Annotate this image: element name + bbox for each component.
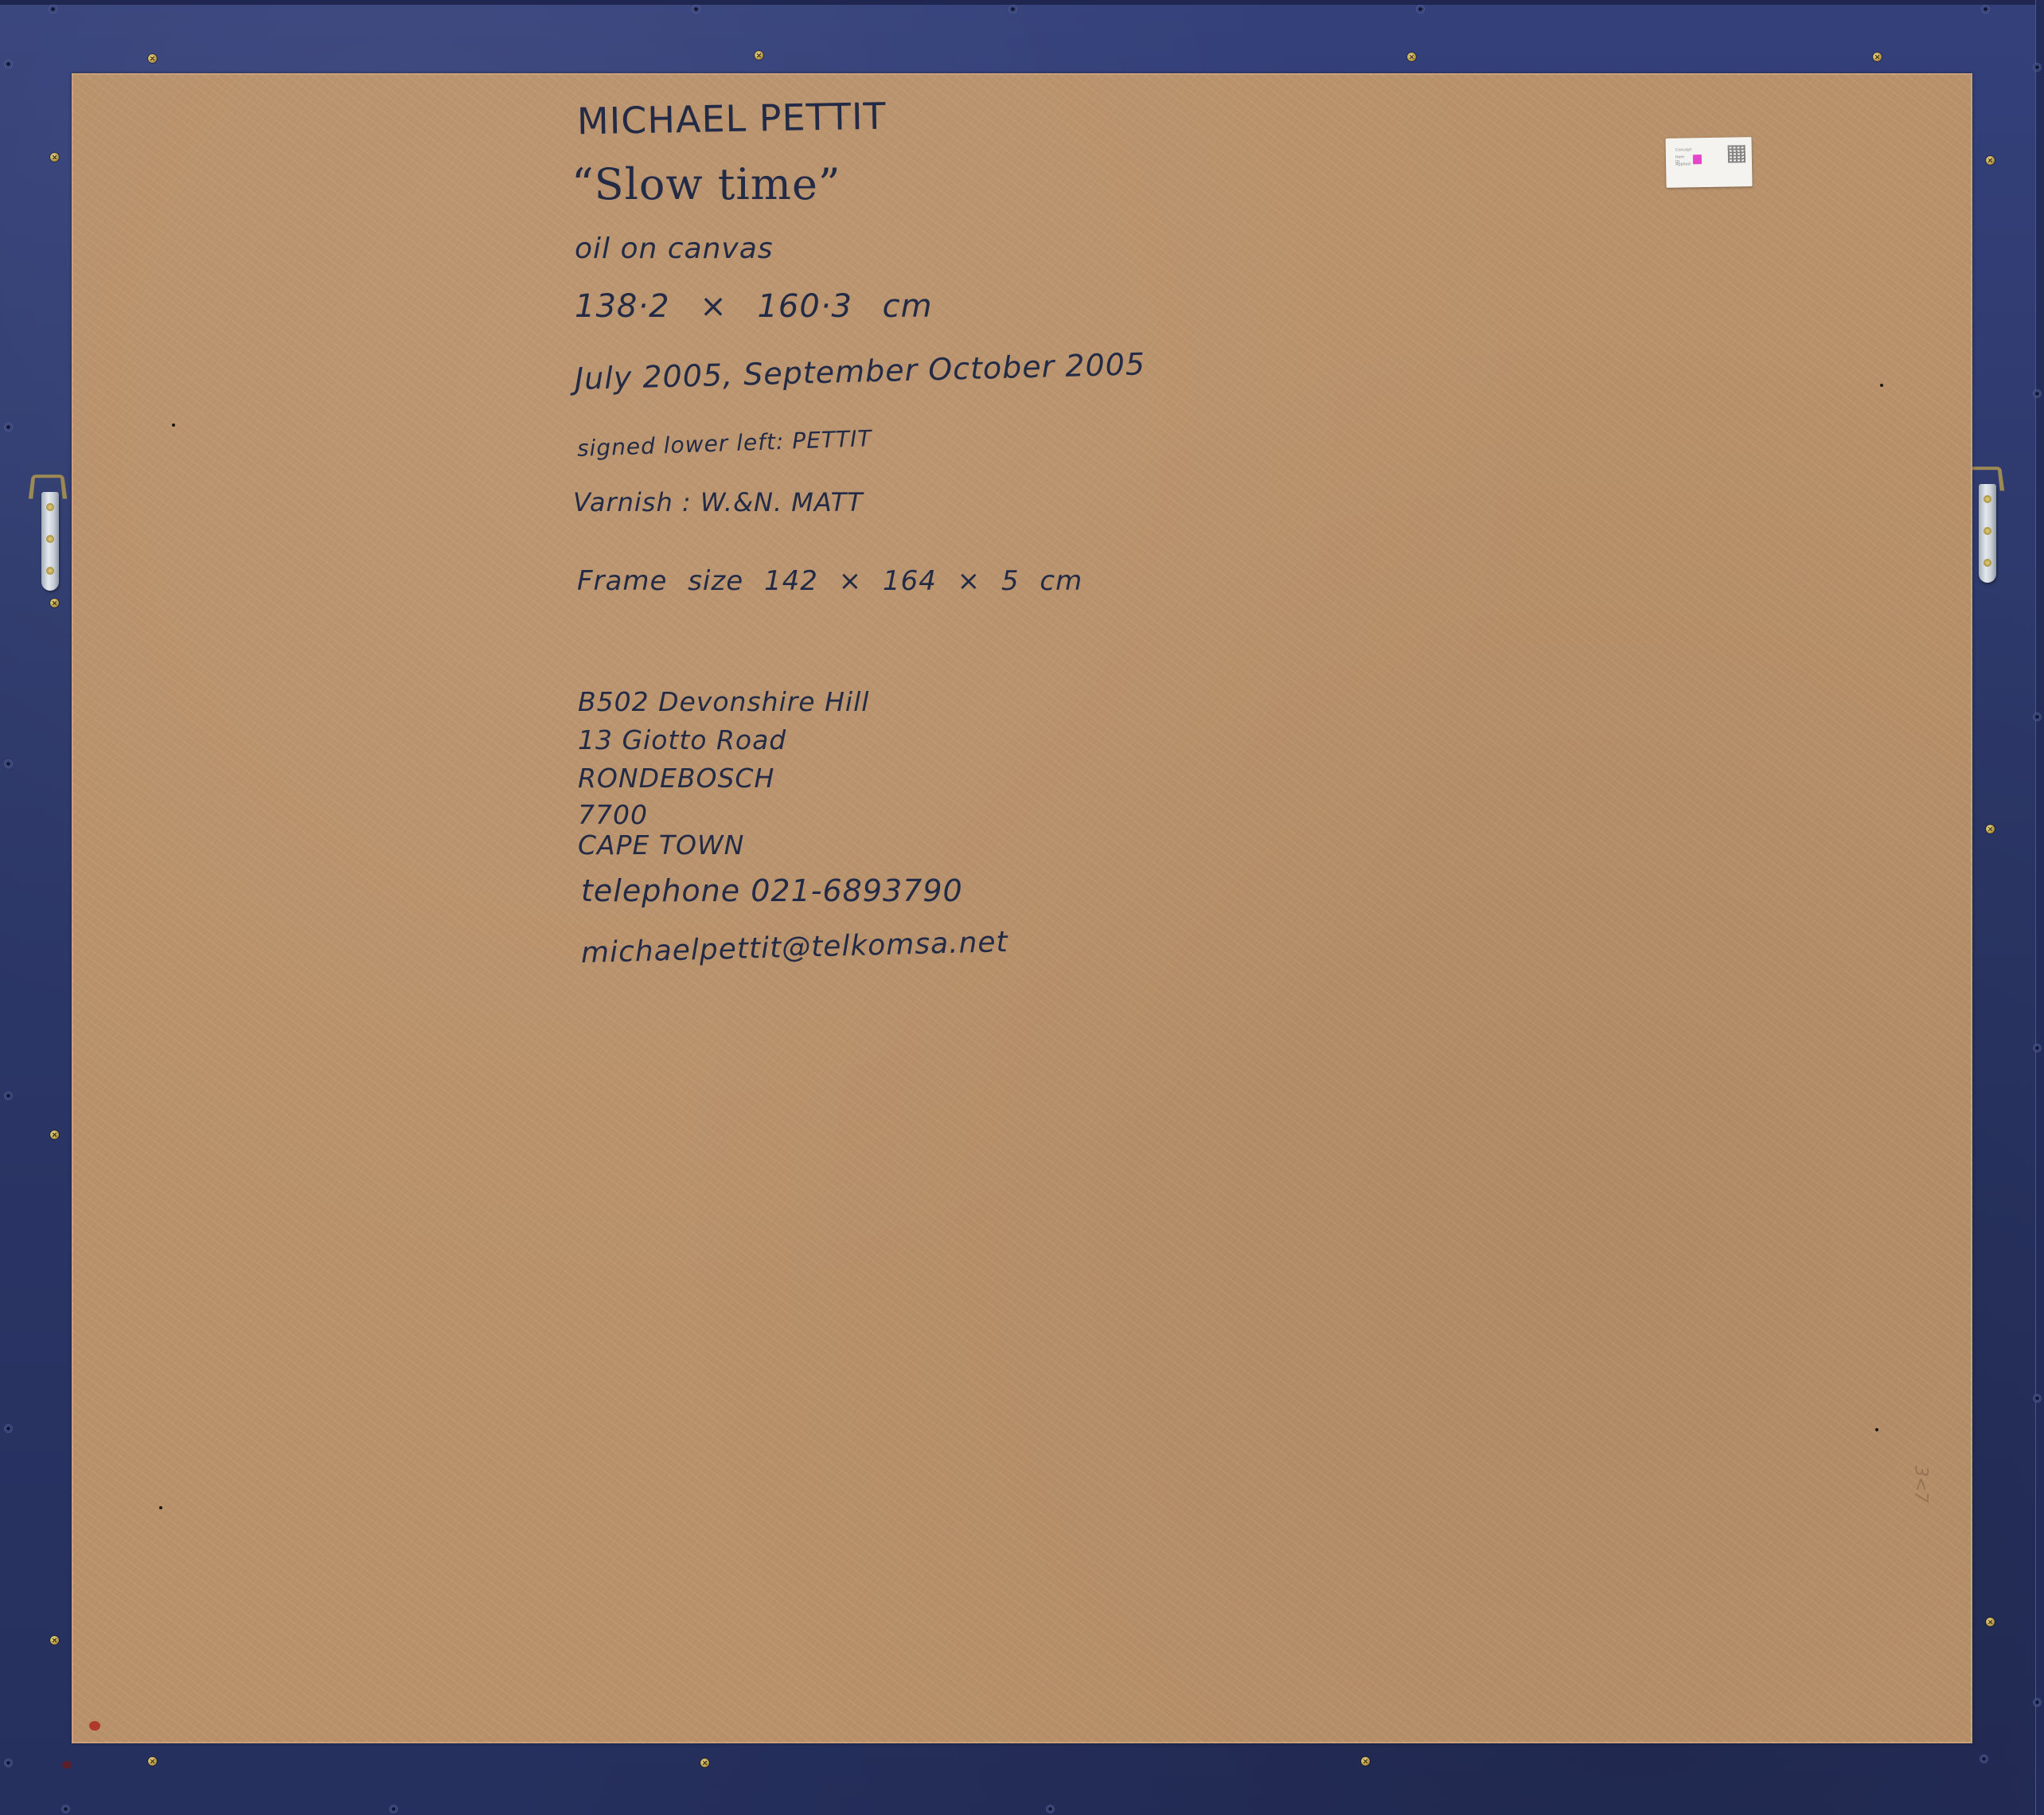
signature-note: signed lower left: PETTIT — [576, 425, 872, 462]
label-highlight: ID — [1693, 154, 1703, 164]
backing-board: MICHAEL PETTIT “Slow time” oil on canvas… — [72, 73, 1972, 1743]
rivet-icon — [5, 60, 12, 68]
rivet-icon — [2034, 390, 2041, 397]
rivet-icon — [2034, 1699, 2041, 1706]
artwork-dates: July 2005, September October 2005 — [574, 346, 1145, 396]
rivet-icon — [5, 1425, 12, 1432]
hanger-strap — [41, 492, 59, 591]
telephone: telephone 021-6893790 — [581, 873, 963, 908]
rivet-icon — [692, 6, 700, 13]
artwork-dimensions: 138·2 × 160·3 cm — [575, 288, 933, 325]
screw-icon — [700, 1758, 709, 1767]
address-line: 13 Giotto Road — [578, 724, 786, 755]
address-line: B502 Devonshire Hill — [578, 686, 869, 717]
frame-edge-right — [2035, 0, 2044, 1815]
rivet-icon — [2034, 1044, 2041, 1052]
screw-icon — [1361, 1757, 1370, 1766]
nail-hole — [159, 1506, 162, 1509]
screw-icon — [1986, 1618, 1995, 1626]
email-address: michaelpettit@telkomsa.net — [580, 926, 1008, 970]
rivet-icon — [5, 1092, 12, 1099]
nail-hole — [1880, 384, 1883, 387]
frame-edge-top — [0, 0, 2044, 5]
screw-icon — [1873, 53, 1882, 61]
address-line: RONDEBOSCH — [578, 763, 774, 794]
artist-name: MICHAEL PETTIT — [577, 95, 887, 143]
left-d-ring-hanger — [30, 473, 68, 592]
hanger-strap — [1979, 484, 1996, 583]
rivet-icon — [1047, 1805, 1054, 1813]
screw-icon — [1986, 156, 1995, 165]
inventory-label: Concept Item IDID Applied — [1665, 137, 1752, 188]
rivet-icon — [1009, 6, 1016, 13]
qr-code-icon — [1728, 145, 1746, 162]
rivet-icon — [2034, 713, 2041, 720]
address-line: CAPE TOWN — [578, 829, 744, 861]
frame-size: Frame size 142 × 164 × 5 cm — [577, 565, 1082, 597]
artwork-medium: oil on canvas — [575, 232, 774, 265]
rivet-icon — [390, 1805, 397, 1813]
screw-icon — [148, 1757, 157, 1766]
varnish-note: Varnish : W.&N. MATT — [573, 487, 864, 517]
rivet-icon — [5, 1759, 12, 1766]
label-footer — [1666, 181, 1752, 183]
screw-icon — [148, 54, 157, 63]
screw-icon — [1407, 53, 1416, 61]
label-row: Concept — [1675, 147, 1693, 152]
artwork-title: “Slow time” — [571, 159, 841, 209]
board-stain — [89, 1721, 100, 1731]
screw-icon — [50, 153, 59, 162]
nail-hole — [1875, 1428, 1878, 1431]
rivet-icon — [49, 6, 57, 13]
rivet-icon — [62, 1805, 69, 1813]
rivet-icon — [1982, 6, 1989, 13]
screw-icon — [50, 1130, 59, 1139]
screw-icon — [50, 599, 59, 607]
label-row: Applied — [1675, 162, 1693, 166]
rivet-icon — [1417, 6, 1424, 13]
rivet-icon — [2034, 64, 2041, 71]
right-d-ring-hanger — [1968, 465, 2006, 584]
nail-hole — [172, 423, 175, 427]
rivet-icon — [5, 760, 12, 767]
rivet-icon — [2034, 1395, 2041, 1402]
pencil-mark: 3<7 — [1911, 1466, 1931, 1502]
screw-icon — [50, 1636, 59, 1645]
rivet-icon — [1980, 1755, 1987, 1762]
frame-stain — [62, 1761, 72, 1769]
address-line: 7700 — [578, 799, 648, 830]
screw-icon — [755, 51, 763, 60]
rivet-icon — [5, 423, 12, 431]
screw-icon — [1986, 825, 1995, 833]
